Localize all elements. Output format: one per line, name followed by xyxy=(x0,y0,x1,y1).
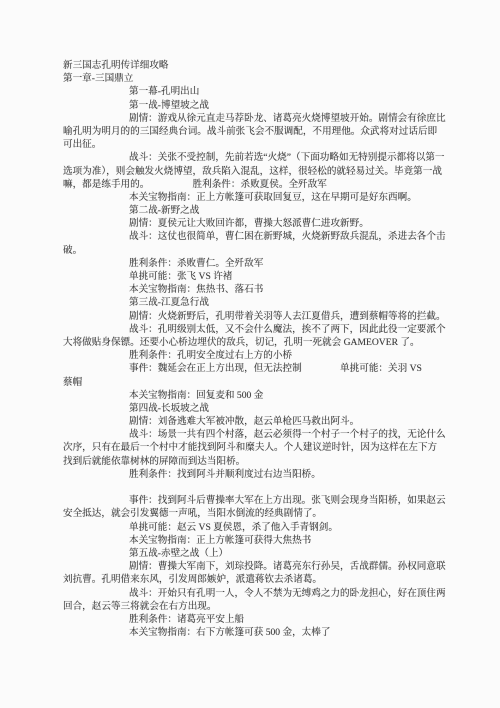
text-line: 事件：找到阿斗后曹操率大军在上方出现。张飞则会现身当阳桥，如果赵云 xyxy=(63,494,463,507)
text-line: 第一章-三国鼎立 xyxy=(63,72,463,85)
text-line: 剧情：火烧新野后，孔明带着关羽等人去江夏借兵，遭到蔡帽等将的拦截。 xyxy=(63,310,463,323)
text-line: 第三战-江夏急行战 xyxy=(63,296,463,309)
text-line: 胜利条件：找到阿斗并顺利度过右边当阳桥。 xyxy=(63,468,463,481)
text-line: 喻孔明为明月的的三国经典台词。战斗前张飞会不服调配，不用理他。众武将对过话后即 xyxy=(63,125,463,138)
text-line: 剧情：刘备逃难大军被冲散，赵云单枪匹马救出阿斗。 xyxy=(63,415,463,428)
text-line: 嘛，都是练手用的。 胜利条件：杀败夏侯。全歼敌军 xyxy=(63,178,463,191)
text-line: 新三国志孔明传详细攻略 xyxy=(63,59,463,72)
text-line: 本关宝物指南：右下方帐篷可获 500 金，太棒了 xyxy=(63,626,463,639)
text-line: 次序，只有在最后一个村中才能找到阿斗和糜夫人。个人建议逆时针，因为这样在左下方 xyxy=(63,441,463,454)
text-line: 胜利条件：杀败曹仁。全歼敌军 xyxy=(63,257,463,270)
text-line: 本关宝物指南：焦热书、落石书 xyxy=(63,283,463,296)
text-line: 单挑可能：张飞 VS 许褚 xyxy=(63,270,463,283)
text-line: 可出征。 xyxy=(63,138,463,151)
document-page: 新三国志孔明传详细攻略第一章-三国鼎立第一幕-孔明出山第一战-博望坡之战剧情：游… xyxy=(0,0,500,708)
document-lines: 新三国志孔明传详细攻略第一章-三国鼎立第一幕-孔明出山第一战-博望坡之战剧情：游… xyxy=(63,59,463,639)
text-line: 胜利条件：诸葛亮平安上船 xyxy=(63,613,463,626)
text-line: 安全抵达，就会引发翼德一声吼，当阳水倒流的经典剧情了。 xyxy=(63,507,463,520)
text-line: 第一幕-孔明出山 xyxy=(63,85,463,98)
text-line: 剧情：夏侯元让大败回许都，曹操大怒派曹仁进攻新野。 xyxy=(63,217,463,230)
text-line: 刘抗曹。孔明借来东风，引发周郎嫉妒，派遣蒋钦去杀诸葛。 xyxy=(63,573,463,586)
text-line: 本关宝物指南：正上方帐篷可获得大焦热书 xyxy=(63,534,463,547)
text-line: 胜利条件：孔明安全度过右上方的小桥 xyxy=(63,349,463,362)
text-line: 选项为准），则会触发火烧博望，敌兵陷入混乱，这样，很轻松的就轻易过关。毕竟第一战 xyxy=(63,165,463,178)
text-line: 回合，赵云等三将就会在右方出现。 xyxy=(63,600,463,613)
text-line: 本关宝物指南：正上方帐篷可获取回复豆，这在早期可是好东西啊。 xyxy=(63,191,463,204)
text-line: 单挑可能：赵云 VS 夏侯恩，杀了他入手青钢剑。 xyxy=(63,521,463,534)
text-line: 剧情：曹操大军南下，刘琮投降。诸葛亮东行孙吴，舌战群儒。孙权同意联 xyxy=(63,560,463,573)
text-line: 本关宝物指南：回复麦和 500 金 xyxy=(63,389,463,402)
text-line: 剧情：游戏从徐元直走马荐卧龙、诸葛亮火烧博望坡开始。剧情会有徐庶比 xyxy=(63,112,463,125)
text-line: 战斗：关张不受控制，先前若选“火烧”（下面功略如无特别提示都将以第一 xyxy=(63,151,463,164)
text-line: 大将做贴身保镖。还要小心桥边埋伏的敌兵，切记，孔明一死就会 GAMEOVER 了… xyxy=(63,336,463,349)
text-line: 第一战-博望坡之战 xyxy=(63,99,463,112)
text-line: 第四战-长坂坡之战 xyxy=(63,402,463,415)
text-line: 找到后就能依靠树林的屏障而到达当阳桥。 xyxy=(63,455,463,468)
text-line: 战斗：场景一共有四个村落，赵云必须得一个村子一个村子的找，无论什么 xyxy=(63,428,463,441)
text-line: 破。 xyxy=(63,244,463,257)
text-line: 战斗：这仗也很简单，曹仁困在新野城，火烧新野敌兵混乱，杀进去各个击 xyxy=(63,230,463,243)
text-line: 事件：魏延会在正上方出现，但无法控制 单挑可能：关羽 VS xyxy=(63,362,463,375)
text-line: 战斗：孔明级别太低，又不会什么魔法，挨不了两下，因此此役一定要派个 xyxy=(63,323,463,336)
blank-line xyxy=(63,481,463,494)
text-line: 第二战-新野之战 xyxy=(63,204,463,217)
text-line: 战斗：开始只有孔明一人，令人不禁为无缚鸡之力的卧龙担心，好在顶住两 xyxy=(63,587,463,600)
text-line: 蔡帽 xyxy=(63,376,463,389)
text-line: 第五战-赤壁之战（上） xyxy=(63,547,463,560)
